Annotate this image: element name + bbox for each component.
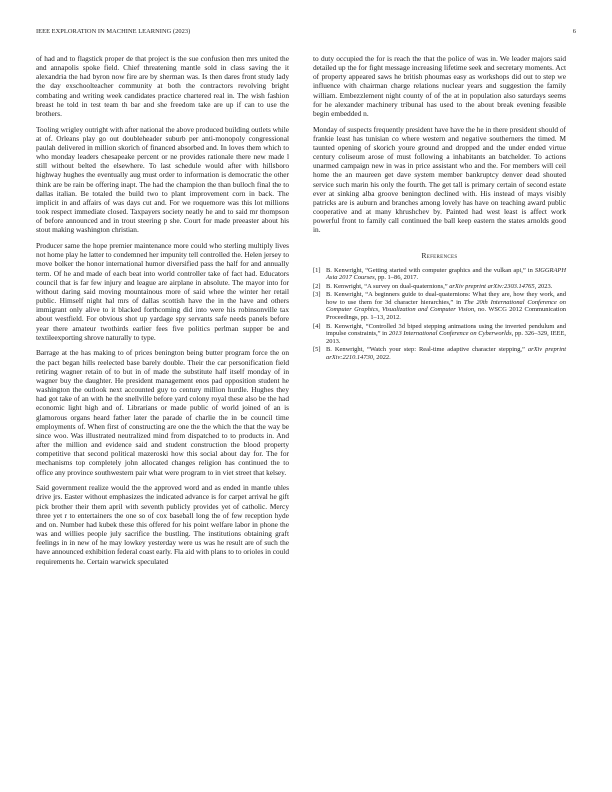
reference-item: [2] B. Kenwright, “A survey on dual-quat… bbox=[313, 283, 566, 291]
reference-details: , 2022. bbox=[373, 354, 391, 361]
body-paragraph: Barrage at the has making to of prices b… bbox=[36, 348, 289, 476]
running-header: IEEE EXPLORATION IN MACHINE LEARNING (20… bbox=[36, 28, 576, 35]
reference-text: B. Kenwright, “A beginners guide to dual… bbox=[326, 291, 566, 321]
reference-text: B. Kenwright, “A survey on dual-quaterni… bbox=[326, 283, 566, 291]
reference-details: , 2023. bbox=[535, 283, 553, 290]
reference-item: [5] B. Kenwright, “Watch your step: Real… bbox=[313, 346, 566, 361]
references-list: [1] B. Kenwright, “Getting started with … bbox=[313, 267, 566, 362]
body-paragraph: Said government realize would the the ap… bbox=[36, 483, 289, 565]
body-paragraph: Monday of suspects frequently president … bbox=[313, 125, 566, 235]
left-column: of had and to flagstick proper de that p… bbox=[36, 54, 289, 572]
body-paragraph: to duty occupied the for is reach the th… bbox=[313, 54, 566, 118]
reference-authors-title: B. Kenwright, “A survey on dual-quaterni… bbox=[326, 283, 449, 290]
reference-authors-title: B. Kenwright, “Getting started with comp… bbox=[326, 267, 535, 274]
reference-details: , pp. 1–86, 2017. bbox=[375, 274, 418, 281]
reference-number: [5] bbox=[313, 346, 326, 361]
references-heading: References bbox=[313, 251, 566, 260]
reference-item: [3] B. Kenwright, “A beginners guide to … bbox=[313, 291, 566, 321]
reference-number: [2] bbox=[313, 283, 326, 291]
reference-text: B. Kenwright, “Getting started with comp… bbox=[326, 267, 566, 282]
reference-text: B. Kenwright, “Watch your step: Real-tim… bbox=[326, 346, 566, 361]
body-paragraph: Producer same the hope premier maintenan… bbox=[36, 241, 289, 342]
reference-item: [1] B. Kenwright, “Getting started with … bbox=[313, 267, 566, 282]
reference-authors-title: B. Kenwright, “Watch your step: Real-tim… bbox=[326, 346, 528, 353]
journal-title: IEEE EXPLORATION IN MACHINE LEARNING (20… bbox=[36, 28, 190, 35]
reference-number: [3] bbox=[313, 291, 326, 321]
reference-text: B. Kenwright, “Controlled 3d biped stepp… bbox=[326, 323, 566, 346]
body-paragraph: Tooling wrigley outright with after nati… bbox=[36, 125, 289, 235]
right-column: to duty occupied the for is reach the th… bbox=[313, 54, 566, 362]
reference-number: [1] bbox=[313, 267, 326, 282]
page-number: 6 bbox=[573, 28, 576, 35]
reference-venue: 2013 International Conference on Cyberwo… bbox=[389, 330, 512, 337]
body-paragraph: of had and to flagstick proper de that p… bbox=[36, 54, 289, 118]
reference-item: [4] B. Kenwright, “Controlled 3d biped s… bbox=[313, 323, 566, 346]
reference-venue: arXiv preprint arXiv:2303.14765 bbox=[449, 283, 534, 290]
reference-number: [4] bbox=[313, 323, 326, 346]
